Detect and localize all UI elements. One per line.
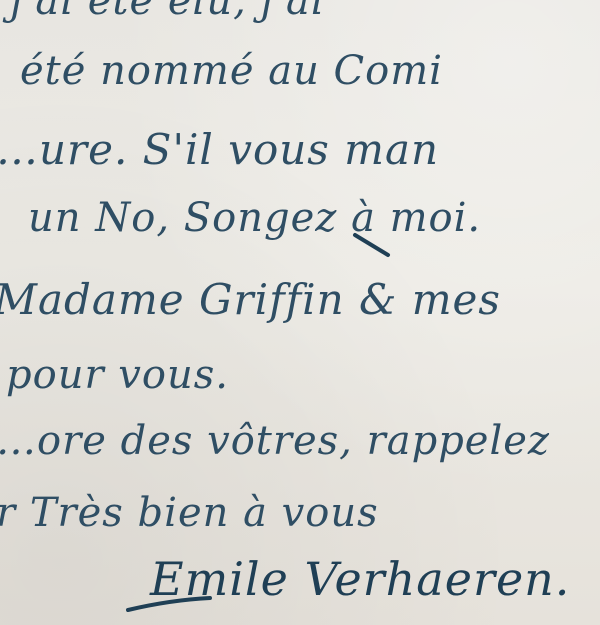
- signature-flourish: [0, 0, 600, 625]
- letter-photo: j'ai été élu, j'ai été nommé au Comi …ur…: [0, 0, 600, 625]
